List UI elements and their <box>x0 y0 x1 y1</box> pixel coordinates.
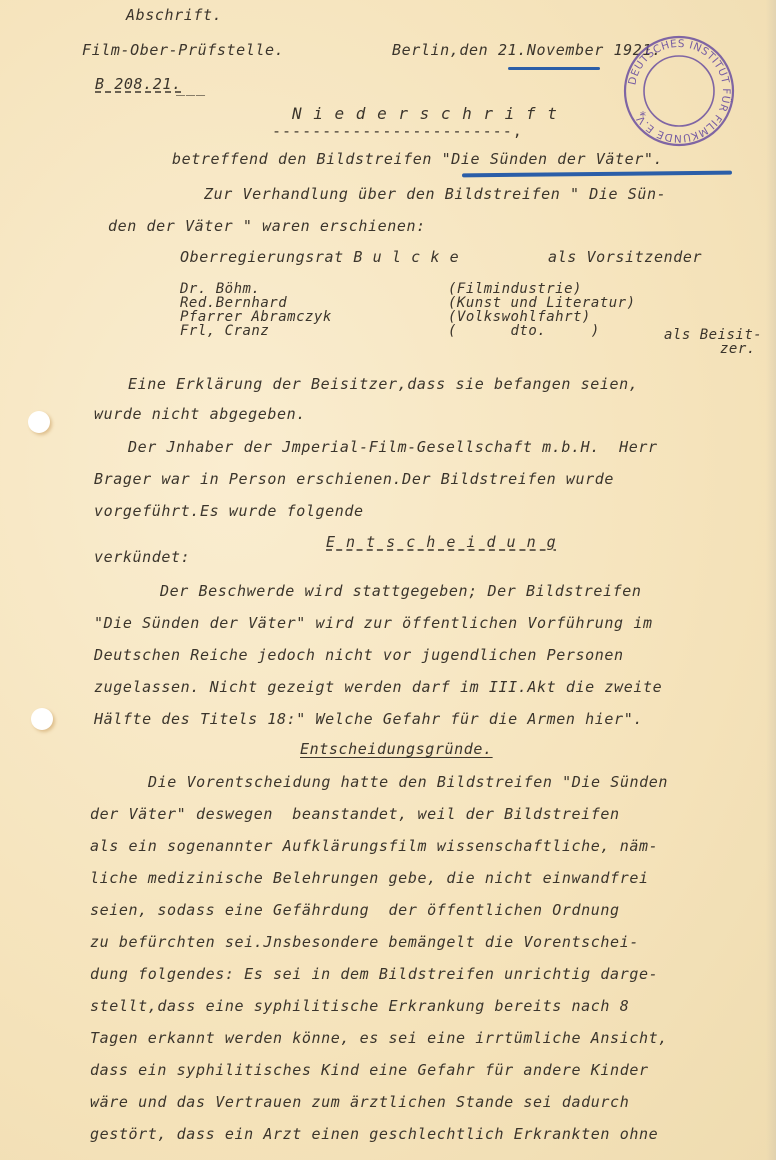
punch-hole-bottom <box>31 708 53 730</box>
decision-line: "Die Sünden der Väter" wird zur öffentli… <box>94 614 653 632</box>
assessor-field: ( dto. ) <box>448 324 600 338</box>
reasons-line: gestört, dass ein Arzt einen geschlechtl… <box>90 1125 658 1143</box>
decision-line: Hälfte des Titels 18:" Welche Gefahr für… <box>94 710 643 728</box>
decision-line: Deutschen Reiche jedoch nicht vor jugend… <box>94 646 624 664</box>
reasons-line: stellt,dass eine syphilitische Erkrankun… <box>90 997 629 1015</box>
subject-line: betreffend den Bildstreifen "Die Sünden … <box>172 150 663 168</box>
chair-name: Oberregierungsrat B u l c k e <box>180 248 459 266</box>
assessor-field: (Volkswohlfahrt) <box>448 310 591 324</box>
reasons-line: Tagen erkannt werden könne, es sei eine … <box>90 1029 668 1047</box>
attendance-intro-line-2: den der Väter " waren erschienen: <box>108 217 426 235</box>
document-title: N i e d e r s c h r i f t <box>292 104 558 123</box>
reasons-line: Die Vorentscheidung hatte den Bildstreif… <box>148 773 668 791</box>
owner-line-2: Brager war in Person erschienen.Der Bild… <box>94 470 614 488</box>
copy-label: Abschrift. <box>126 6 222 24</box>
assessor-field: (Kunst und Literatur) <box>448 296 636 310</box>
chair-role: als Vorsitzender <box>548 248 702 266</box>
file-number-underline: ___ <box>176 78 206 96</box>
blue-pencil-underline-date <box>508 67 600 70</box>
bias-line-2: wurde nicht abgegeben. <box>94 405 306 423</box>
assessors-role-line-2: zer. <box>720 342 756 356</box>
announced-label: verkündet: <box>94 548 190 566</box>
assessors-role-line-1: als Beisit- <box>664 328 762 342</box>
owner-line-3: vorgeführt.Es wurde folgende <box>94 502 364 520</box>
reasons-heading: Entscheidungsgründe. <box>300 740 493 758</box>
decision-line: zugelassen. Nicht gezeigt werden darf im… <box>94 678 662 696</box>
attendance-intro-line-1: Zur Verhandlung über den Bildstreifen " … <box>204 185 666 203</box>
institute-stamp-icon: DEUTSCHES INSTITUT FÜR FILMKUNDE E.V. * <box>622 34 736 148</box>
decision-heading: E n t s c h e i d u n g <box>326 533 557 551</box>
assessor-name: Red.Bernhard <box>180 296 287 310</box>
title-underline: ------------------------, <box>272 122 523 140</box>
assessor-name: Dr. Böhm. <box>180 282 260 296</box>
reasons-line: seien, sodass eine Gefährdung der öffent… <box>90 901 620 919</box>
assessor-name: Frl, Cranz <box>180 324 269 338</box>
reasons-line: zu befürchten sei.Jnsbesondere bemängelt… <box>90 933 639 951</box>
assessor-field: (Filmindustrie) <box>448 282 582 296</box>
bias-line-1: Eine Erklärung der Beisitzer,dass sie be… <box>128 375 638 393</box>
reasons-line: liche medizinische Belehrungen gebe, die… <box>90 869 649 887</box>
reasons-line: als ein sogenannter Aufklärungsfilm wiss… <box>90 837 658 855</box>
reasons-line: dung folgendes: Es sei in dem Bildstreif… <box>90 965 658 983</box>
reasons-line: der Väter" deswegen beanstandet, weil de… <box>90 805 620 823</box>
blue-pencil-underline-subject <box>462 171 732 178</box>
authority-name: Film-Ober-Prüfstelle. <box>82 41 284 59</box>
decision-line: Der Beschwerde wird stattgegeben; Der Bi… <box>160 582 642 600</box>
svg-text:*: * <box>640 109 646 123</box>
assessor-name: Pfarrer Abramczyk <box>180 310 332 324</box>
file-number: B 208.21. <box>95 75 182 93</box>
reasons-line: dass ein syphilitisches Kind eine Gefahr… <box>90 1061 649 1079</box>
reasons-line: wäre und das Vertrauen zum ärztlichen St… <box>90 1093 629 1111</box>
punch-hole-top <box>28 411 50 433</box>
owner-line-1: Der Jnhaber der Jmperial-Film-Gesellscha… <box>128 438 658 456</box>
page-edge-shadow <box>766 0 776 1160</box>
